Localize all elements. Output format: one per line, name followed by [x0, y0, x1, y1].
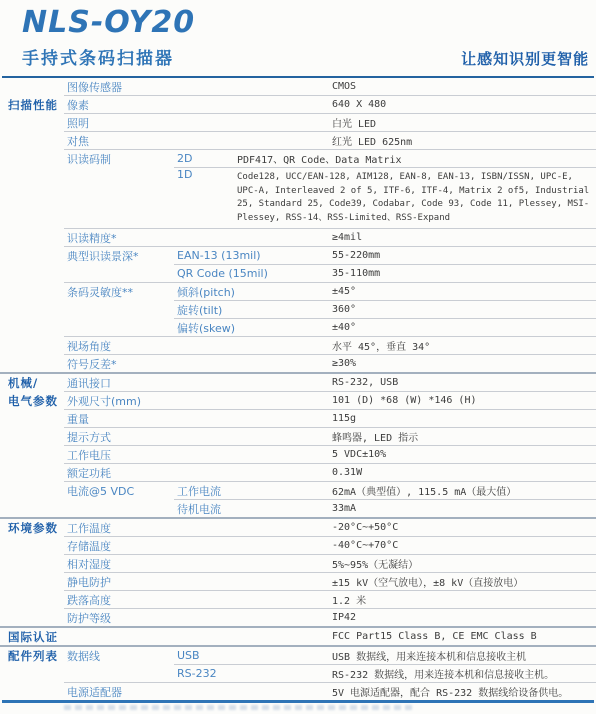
- spec-sublabel: 1D: [174, 168, 235, 181]
- spec-label: 静电防护: [64, 574, 330, 590]
- spec-value: RS-232, USB: [330, 377, 596, 388]
- spec-label: 典型识读景深*: [64, 248, 174, 264]
- spec-label: 数据线: [64, 648, 174, 664]
- spec-value: CMOS: [330, 81, 596, 92]
- spec-row: 识读码制2DPDF417、QR Code、Data Matrix: [0, 150, 596, 167]
- spec-value: 蜂鸣器, LED 指示: [330, 429, 596, 444]
- spec-row: 电气参数外观尺寸(mm)101 (D) *68 (W) *146 (H): [0, 392, 596, 409]
- spec-row: 条码灵敏度**倾斜(pitch)±45°: [0, 283, 596, 300]
- spec-label: 外观尺寸(mm): [64, 393, 330, 409]
- section-category-label: 机械/: [0, 375, 64, 391]
- spec-value: USB 数据线，用来连接本机和信息接收主机: [330, 648, 596, 663]
- spec-label: 跌落高度: [64, 592, 330, 608]
- spec-value: 33mA: [330, 503, 596, 514]
- spec-row: 典型识读景深*EAN-13 (13mil)55-220mm: [0, 247, 596, 264]
- spec-label: 额定功耗: [64, 465, 330, 481]
- spec-sublabel: 待机电流: [174, 501, 330, 517]
- spec-row: 识读精度*≥4mil: [0, 229, 596, 246]
- spec-value: FCC Part15 Class B, CE EMC Class B: [330, 631, 596, 642]
- spec-value: 55-220mm: [330, 250, 596, 261]
- spec-value: Code128, UCC/EAN-128, AIM128, EAN-8, EAN…: [235, 168, 596, 228]
- spec-row: 对焦红光 LED 625nm: [0, 132, 596, 149]
- spec-sublabel: RS-232: [174, 667, 330, 680]
- spec-label: 相对湿度: [64, 556, 330, 572]
- spec-row: 1DCode128, UCC/EAN-128, AIM128, EAN-8, E…: [0, 168, 596, 228]
- spec-value: 5%~95%（无凝结）: [330, 556, 596, 571]
- spec-row: 电源适配器5V 电源适配器，配合 RS-232 数据线给设备供电。: [0, 683, 596, 700]
- spec-value: 101 (D) *68 (W) *146 (H): [330, 395, 596, 406]
- spec-label: 提示方式: [64, 429, 330, 445]
- spec-row: 环境参数工作温度-20°C~+50°C: [0, 519, 596, 536]
- brand-tagline: 让感知识别更智能 ·: [461, 48, 596, 69]
- spec-row: 偏转(skew)±40°: [0, 319, 596, 336]
- spec-value: RS-232 数据线，用来连接本机和信息接收主机。: [330, 666, 596, 681]
- page-header: NLS-OY20: [0, 0, 596, 40]
- spec-value: ±40°: [330, 322, 596, 333]
- clipped-footnote-text: [64, 705, 416, 710]
- section-category-label: 配件列表: [0, 648, 64, 664]
- spec-value: 62mA（典型值）, 115.5 mA（最大值）: [330, 483, 596, 498]
- spec-label: 识读码制: [64, 151, 174, 167]
- spec-value: 0.31W: [330, 467, 596, 478]
- spec-value: -40°C~+70°C: [330, 540, 596, 551]
- spec-row: 电流@5 VDC工作电流62mA（典型值）, 115.5 mA（最大值）: [0, 482, 596, 499]
- spec-row: 图像传感器CMOS: [0, 78, 596, 95]
- spec-value: ±15 kV（空气放电），±8 kV（直接放电）: [330, 574, 596, 589]
- spec-label: 图像传感器: [64, 79, 330, 95]
- spec-row: 机械/通讯接口RS-232, USB: [0, 374, 596, 391]
- spec-label: 存储温度: [64, 538, 330, 554]
- spec-value: 640 X 480: [330, 99, 596, 110]
- spec-value: 5 VDC±10%: [330, 449, 596, 460]
- section-category-label: 国际认证: [0, 629, 64, 645]
- spec-value: ≥4mil: [330, 232, 596, 243]
- spec-value: 红光 LED 625nm: [330, 133, 596, 148]
- spec-row: 待机电流33mA: [0, 500, 596, 517]
- spec-label: 对焦: [64, 133, 330, 149]
- spec-row: RS-232RS-232 数据线，用来连接本机和信息接收主机。: [0, 665, 596, 682]
- spec-value: 水平 45°，垂直 34°: [330, 338, 596, 353]
- product-subtitle: 手持式条码扫描器: [22, 44, 174, 69]
- spec-row: 静电防护±15 kV（空气放电），±8 kV（直接放电）: [0, 573, 596, 590]
- spec-row: 配件列表数据线USBUSB 数据线，用来连接本机和信息接收主机: [0, 647, 596, 664]
- spec-label: 视场角度: [64, 338, 330, 354]
- spec-value: ±45°: [330, 286, 596, 297]
- spec-sheet-page: NLS-OY20 手持式条码扫描器 让感知识别更智能 · 图像传感器CMOS扫描…: [0, 0, 596, 714]
- spec-label: 通讯接口: [64, 375, 330, 391]
- section-category-label: 环境参数: [0, 520, 64, 536]
- spec-sublabel: 旋转(tilt): [174, 302, 330, 318]
- spec-value: PDF417、QR Code、Data Matrix: [235, 151, 596, 166]
- spec-row: 存储温度-40°C~+70°C: [0, 537, 596, 554]
- spec-label: 电源适配器: [64, 684, 330, 700]
- spec-label: 照明: [64, 115, 330, 131]
- spec-value: -20°C~+50°C: [330, 522, 596, 533]
- spec-table: 图像传感器CMOS扫描性能像素640 X 480照明白光 LED对焦红光 LED…: [0, 78, 596, 703]
- spec-sublabel: 2D: [174, 152, 235, 165]
- spec-label: 工作电压: [64, 447, 330, 463]
- spec-sublabel: 工作电流: [174, 483, 330, 499]
- spec-sublabel: 倾斜(pitch): [174, 284, 330, 300]
- spec-row: 提示方式蜂鸣器, LED 指示: [0, 428, 596, 445]
- spec-row: 重量115g: [0, 410, 596, 427]
- spec-row: 跌落高度1.2 米: [0, 591, 596, 608]
- spec-sublabel: QR Code (15mil): [174, 267, 330, 280]
- spec-label: 电流@5 VDC: [64, 483, 174, 499]
- spec-value: 115g: [330, 413, 596, 424]
- spec-row: 扫描性能像素640 X 480: [0, 96, 596, 113]
- spec-row: 符号反差*≥30%: [0, 355, 596, 372]
- spec-row: 相对湿度5%~95%（无凝结）: [0, 555, 596, 572]
- spec-value: 5V 电源适配器，配合 RS-232 数据线给设备供电。: [330, 684, 596, 699]
- spec-row: 国际认证FCC Part15 Class B, CE EMC Class B: [0, 628, 596, 645]
- spec-row: 照明白光 LED: [0, 114, 596, 131]
- spec-label: 识读精度*: [64, 230, 330, 246]
- spec-sublabel: USB: [174, 649, 330, 662]
- spec-label: 条码灵敏度**: [64, 284, 174, 300]
- spec-value: 360°: [330, 304, 596, 315]
- spec-value: 1.2 米: [330, 592, 596, 607]
- section-category-label: 扫描性能: [0, 97, 64, 113]
- section-category-label: 电气参数: [0, 393, 64, 409]
- subtitle-row: 手持式条码扫描器 让感知识别更智能 ·: [22, 44, 596, 69]
- spec-sublabel: EAN-13 (13mil): [174, 249, 330, 262]
- spec-row: 旋转(tilt)360°: [0, 301, 596, 318]
- spec-label: 重量: [64, 411, 330, 427]
- spec-label: 符号反差*: [64, 356, 330, 372]
- spec-value: 35-110mm: [330, 268, 596, 279]
- spec-sublabel: 偏转(skew): [174, 320, 330, 336]
- spec-label: 像素: [64, 97, 330, 113]
- spec-value: ≥30%: [330, 358, 596, 369]
- spec-label: 防护等级: [64, 610, 330, 626]
- spec-row: 视场角度水平 45°，垂直 34°: [0, 337, 596, 354]
- spec-row: 防护等级IP42: [0, 609, 596, 626]
- spec-row: 额定功耗0.31W: [0, 464, 596, 481]
- product-name: NLS-OY20: [22, 6, 596, 40]
- table-bottom-rule: [2, 700, 594, 703]
- spec-value: IP42: [330, 612, 596, 623]
- spec-label: 工作温度: [64, 520, 330, 536]
- spec-row: 工作电压5 VDC±10%: [0, 446, 596, 463]
- spec-value: 白光 LED: [330, 115, 596, 130]
- spec-row: QR Code (15mil)35-110mm: [0, 265, 596, 282]
